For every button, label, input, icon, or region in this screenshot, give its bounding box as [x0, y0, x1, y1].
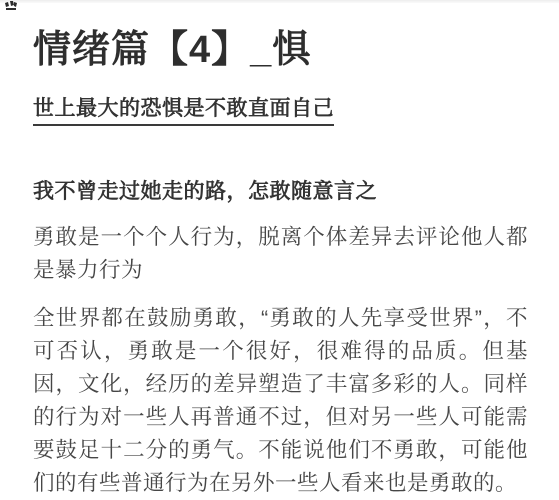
top-edge-divider: [0, 0, 559, 3]
article: 情绪篇【4】_惧 世上最大的恐惧是不敢直面自己 我不曾走过她走的路，怎敢随意言之…: [0, 26, 559, 500]
article-subtitle: 世上最大的恐惧是不敢直面自己: [33, 96, 334, 126]
paragraph-1: 勇敢是一个个人行为，脱离个体差异去评论他人都是暴力行为: [33, 221, 528, 287]
page-title: 情绪篇【4】_惧: [33, 26, 528, 74]
cropped-corner-glyph: [4, 1, 18, 11]
paragraph-2: 全世界都在鼓励勇敢，“勇敢的人先享受世界”，不可否认，勇敢是一个很好，很难得的品…: [33, 302, 528, 500]
section-heading: 我不曾走过她走的路，怎敢随意言之: [33, 178, 528, 206]
